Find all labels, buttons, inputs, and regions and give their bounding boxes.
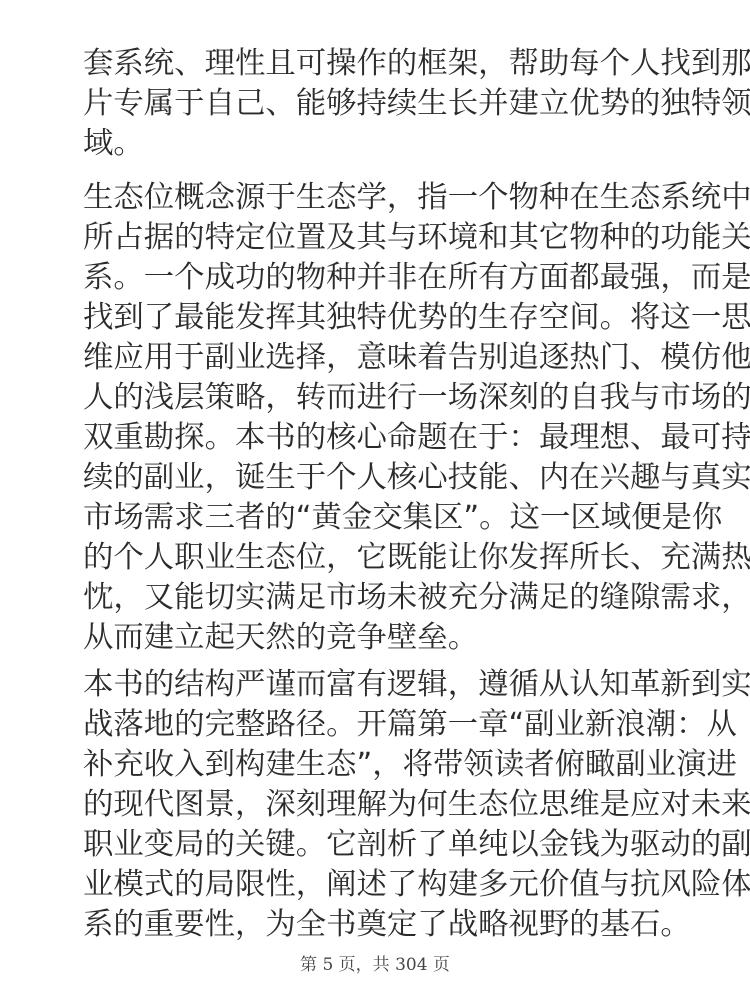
paragraph-3: 本书的结构严谨而富有逻辑，遵循从认知革新到实 战落地的完整路径。开篇第一章“副业… (83, 665, 667, 945)
text-line: 业模式的局限性，阐述了构建多元价值与抗风险体 (83, 865, 667, 905)
text-line: 套系统、理性且可操作的框架，帮助每个人找到那 (83, 44, 667, 84)
text-line: 维应用于副业选择，意味着告别追逐热门、模仿他 (83, 338, 667, 378)
text-line: 职业变局的关键。它剖析了单纯以金钱为驱动的副 (83, 825, 667, 865)
text-line: 找到了最能发挥其独特优势的生存空间。将这一思 (83, 298, 667, 338)
text-line: 的现代图景，深刻理解为何生态位思维是应对未来 (83, 785, 667, 825)
text-line: 补充收入到构建生态”，将带领读者俯瞰副业演进 (83, 745, 667, 785)
paragraph-1: 套系统、理性且可操作的框架，帮助每个人找到那 片专属于自己、能够持续生长并建立优… (83, 44, 667, 164)
text-line: 的个人职业生态位，它既能让你发挥所长、充满热 (83, 538, 667, 578)
text-line: 续的副业，诞生于个人核心技能、内在兴趣与真实 (83, 458, 667, 498)
text-line: 战落地的完整路径。开篇第一章“副业新浪潮：从 (83, 705, 667, 745)
text-line: 生态位概念源于生态学，指一个物种在生态系统中 (83, 178, 667, 218)
text-line: 本书的结构严谨而富有逻辑，遵循从认知革新到实 (83, 665, 667, 705)
text-line: 从而建立起天然的竞争壁垒。 (83, 618, 667, 658)
page-body: 套系统、理性且可操作的框架，帮助每个人找到那 片专属于自己、能够持续生长并建立优… (83, 44, 667, 945)
text-line: 市场需求三者的“黄金交集区”。这一区域便是你 (83, 498, 667, 538)
page-number-footer: 第 5 页，共 304 页 (0, 954, 750, 976)
document-page: 套系统、理性且可操作的框架，帮助每个人找到那 片专属于自己、能够持续生长并建立优… (0, 0, 750, 1000)
text-line: 系。一个成功的物种并非在所有方面都最强，而是 (83, 258, 667, 298)
text-line: 人的浅层策略，转而进行一场深刻的自我与市场的 (83, 378, 667, 418)
text-line: 忱，又能切实满足市场未被充分满足的缝隙需求， (83, 578, 667, 618)
text-line: 域。 (83, 124, 667, 164)
text-line: 系的重要性，为全书奠定了战略视野的基石。 (83, 905, 667, 945)
text-line: 双重勘探。本书的核心命题在于：最理想、最可持 (83, 418, 667, 458)
text-line: 所占据的特定位置及其与环境和其它物种的功能关 (83, 218, 667, 258)
paragraph-2: 生态位概念源于生态学，指一个物种在生态系统中 所占据的特定位置及其与环境和其它物… (83, 178, 667, 658)
text-line: 片专属于自己、能够持续生长并建立优势的独特领 (83, 84, 667, 124)
